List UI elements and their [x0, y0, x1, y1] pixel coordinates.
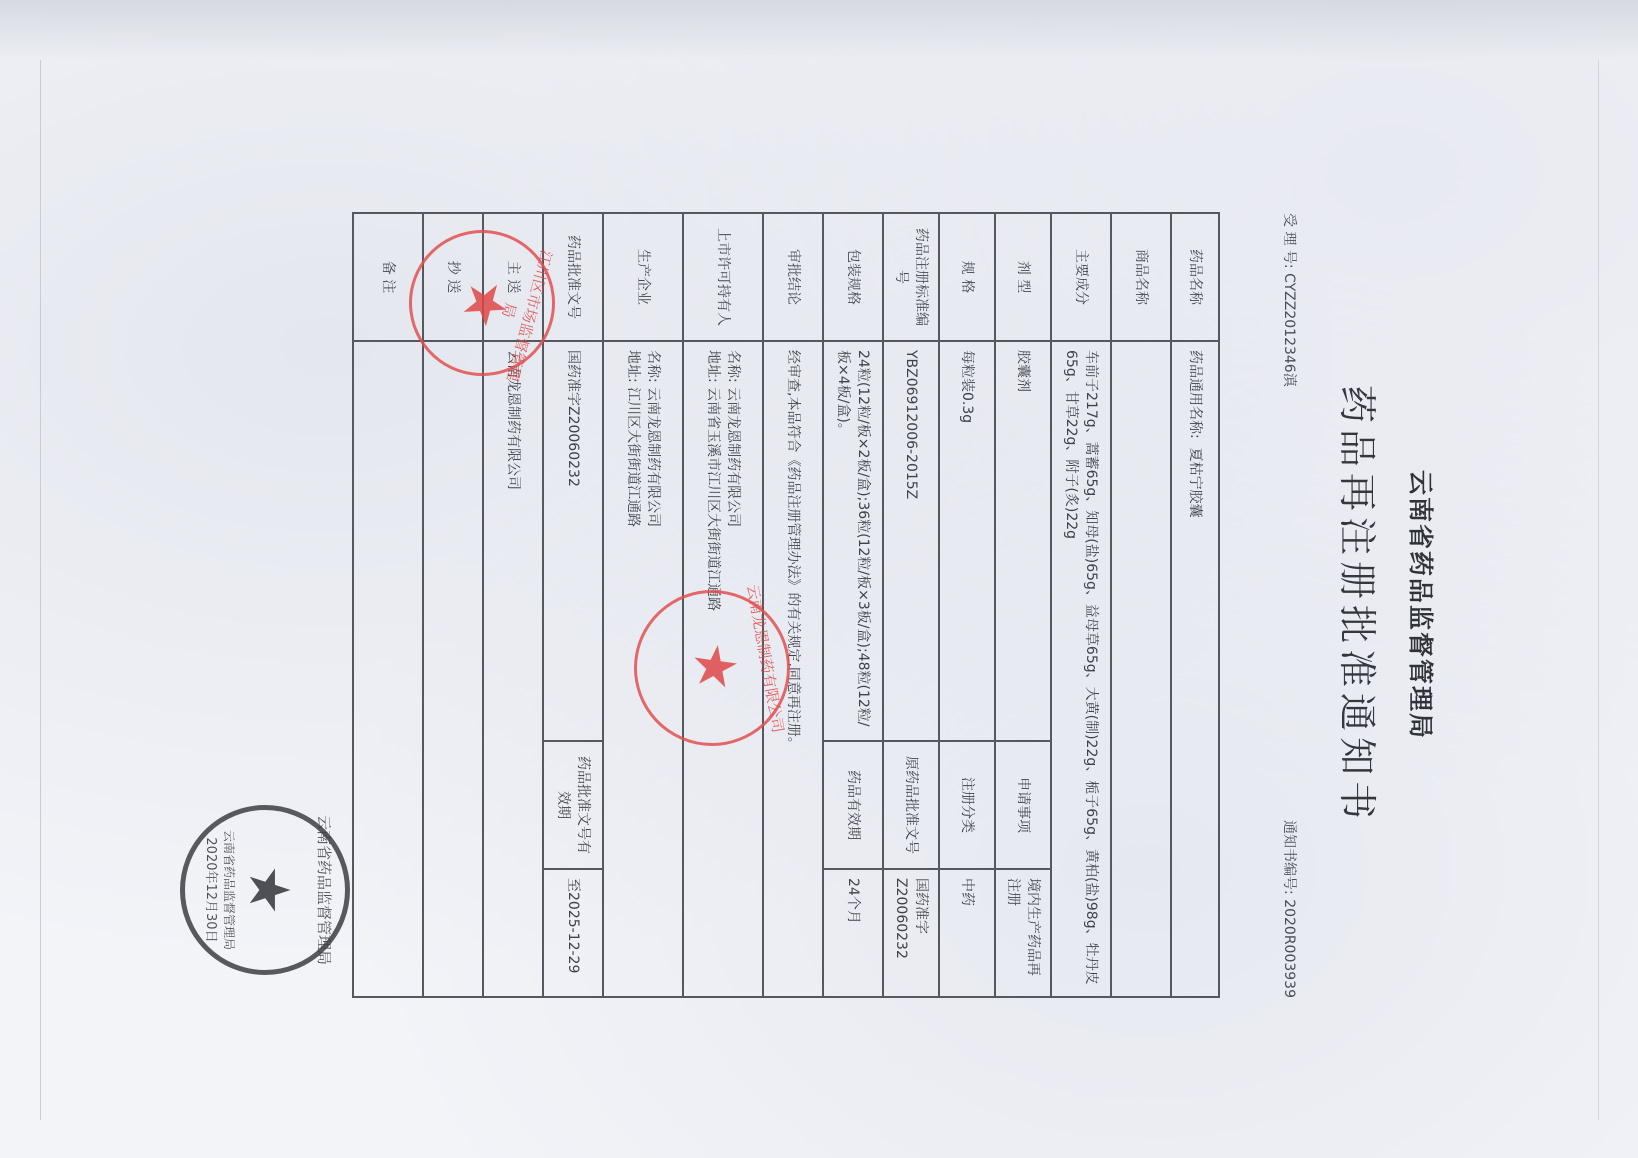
manufacturer-name-label: 名称: [645, 350, 661, 383]
approval-validity-value: 至2025-12-29 [543, 869, 603, 997]
mah-address: 云南省玉溪市江川区大街街道江通路 [705, 387, 721, 611]
agency-seal-text: 云南省药品监督管理局 [314, 810, 335, 970]
ingredients-value: 车前子217g、蒿蓄65g、知母(盐)65g、益母草65g、大黄(制)22g、栀… [1051, 341, 1111, 997]
drug-name-label: 药品名称 [1171, 213, 1219, 341]
acceptance-number-value: CYZZ2012346滇 [1281, 273, 1297, 387]
mah-name-label: 名称: [725, 350, 741, 383]
approval-number-value: 国药准字Z20060232 [543, 341, 603, 741]
shelf-life-value: 24个月 [823, 869, 883, 997]
star-icon: ★ [240, 865, 296, 915]
table-row: 包装规格 24粒(12粒/板×2板/盒);36粒(12粒/板×3板/盒);48粒… [823, 213, 883, 997]
original-approval-number-label: 原药品批准文号 [883, 741, 939, 869]
dosage-form-value: 胶囊剂 [995, 341, 1051, 741]
manufacturer-name: 云南龙恩制药有限公司 [645, 387, 661, 527]
acceptance-number-label: 受 理 号: [1281, 213, 1297, 269]
table-row: 审批结论 经审查,本品符合《药品注册管理办法》的有关规定,同意再注册。 [763, 213, 823, 997]
registration-category-value: 中药 [939, 869, 995, 997]
table-row: 商品名称 [1111, 213, 1171, 997]
specification-label: 规 格 [939, 213, 995, 341]
remarks-value [353, 341, 423, 997]
shelf-life-label: 药品有效期 [823, 741, 883, 869]
paper-edge-left [40, 60, 41, 1120]
table-row: 剂 型 胶囊剂 申请事项 境内生产药品再注册 [995, 213, 1051, 997]
original-approval-number-value: 国药准字Z20060232 [883, 869, 939, 997]
approval-notice-document: 云南省药品监督管理局 药品再注册批准通知书 受 理 号: CYZZ2012346… [210, 205, 1460, 1005]
application-type-value: 境内生产药品再注册 [995, 869, 1051, 997]
agency-name: 云南省药品监督管理局 [1404, 205, 1440, 1005]
table-row: 规 格 每粒装0.3g 注册分类 中药 [939, 213, 995, 997]
manufacturer-address-label: 地址: [625, 350, 641, 383]
table-row: 药品名称 药品通用名称: 夏枯宁胶囊 [1171, 213, 1219, 997]
approval-validity-label: 药品批准文号有效期 [543, 741, 603, 869]
scan-shadow [0, 0, 1638, 60]
mah-address-label: 地址: [705, 350, 721, 383]
packaging-label: 包装规格 [823, 213, 883, 341]
ingredients-label: 主要成分 [1051, 213, 1111, 341]
notice-number-label: 通知书编号: [1281, 820, 1297, 895]
manufacturer-label: 生产企业 [603, 213, 683, 341]
notice-number: 通知书编号: 2020R003939 [1280, 820, 1300, 998]
drug-name-value: 药品通用名称: 夏枯宁胶囊 [1171, 341, 1219, 997]
table-row: 主要成分 车前子217g、蒿蓄65g、知母(盐)65g、益母草65g、大黄(制)… [1051, 213, 1111, 997]
manufacturer-address: 江川区大街街道江通路 [625, 387, 641, 527]
standard-number-value: YBZ06912006-2015Z [883, 341, 939, 741]
table-row: 药品注册标准编号 YBZ06912006-2015Z 原药品批准文号 国药准字Z… [883, 213, 939, 997]
table-row: 药品批准文号 国药准字Z20060232 药品批准文号有效期 至2025-12-… [543, 213, 603, 997]
packaging-value: 24粒(12粒/板×2板/盒);36粒(12粒/板×3板/盒);48粒(12粒/… [823, 341, 883, 741]
table-row: 备 注 [353, 213, 423, 997]
acceptance-number: 受 理 号: CYZZ2012346滇 [1280, 213, 1300, 387]
application-type-label: 申请事项 [995, 741, 1051, 869]
star-icon: ★ [683, 638, 747, 697]
agency-seal: 云南省药品监督管理局 ★ 云南省药品监督管理局 2020年12月30日 [180, 805, 350, 975]
trade-name-value [1111, 341, 1171, 997]
registration-category-label: 注册分类 [939, 741, 995, 869]
main-recipient-value: 云南龙恩制药有限公司 [483, 341, 543, 997]
dosage-form-label: 剂 型 [995, 213, 1051, 341]
paper-edge-right [1598, 60, 1599, 1120]
document-title: 药品再注册批准通知书 [1333, 205, 1388, 1005]
conclusion-label: 审批结论 [763, 213, 823, 341]
cc-value [423, 341, 483, 997]
generic-name-label: 药品通用名称: [1187, 350, 1203, 439]
notice-number-value: 2020R003939 [1281, 899, 1297, 998]
agency-seal-inner-text: 云南省药品监督管理局 [221, 810, 238, 970]
specification-value: 每粒装0.3g [939, 341, 995, 741]
generic-name-value: 夏枯宁胶囊 [1187, 448, 1203, 518]
agency-seal-date: 2020年12月30日 [203, 810, 222, 970]
standard-number-label: 药品注册标准编号 [883, 213, 939, 341]
trade-name-label: 商品名称 [1111, 213, 1171, 341]
mah-name: 云南龙恩制药有限公司 [725, 387, 741, 527]
mah-label: 上市许可持有人 [683, 213, 763, 341]
